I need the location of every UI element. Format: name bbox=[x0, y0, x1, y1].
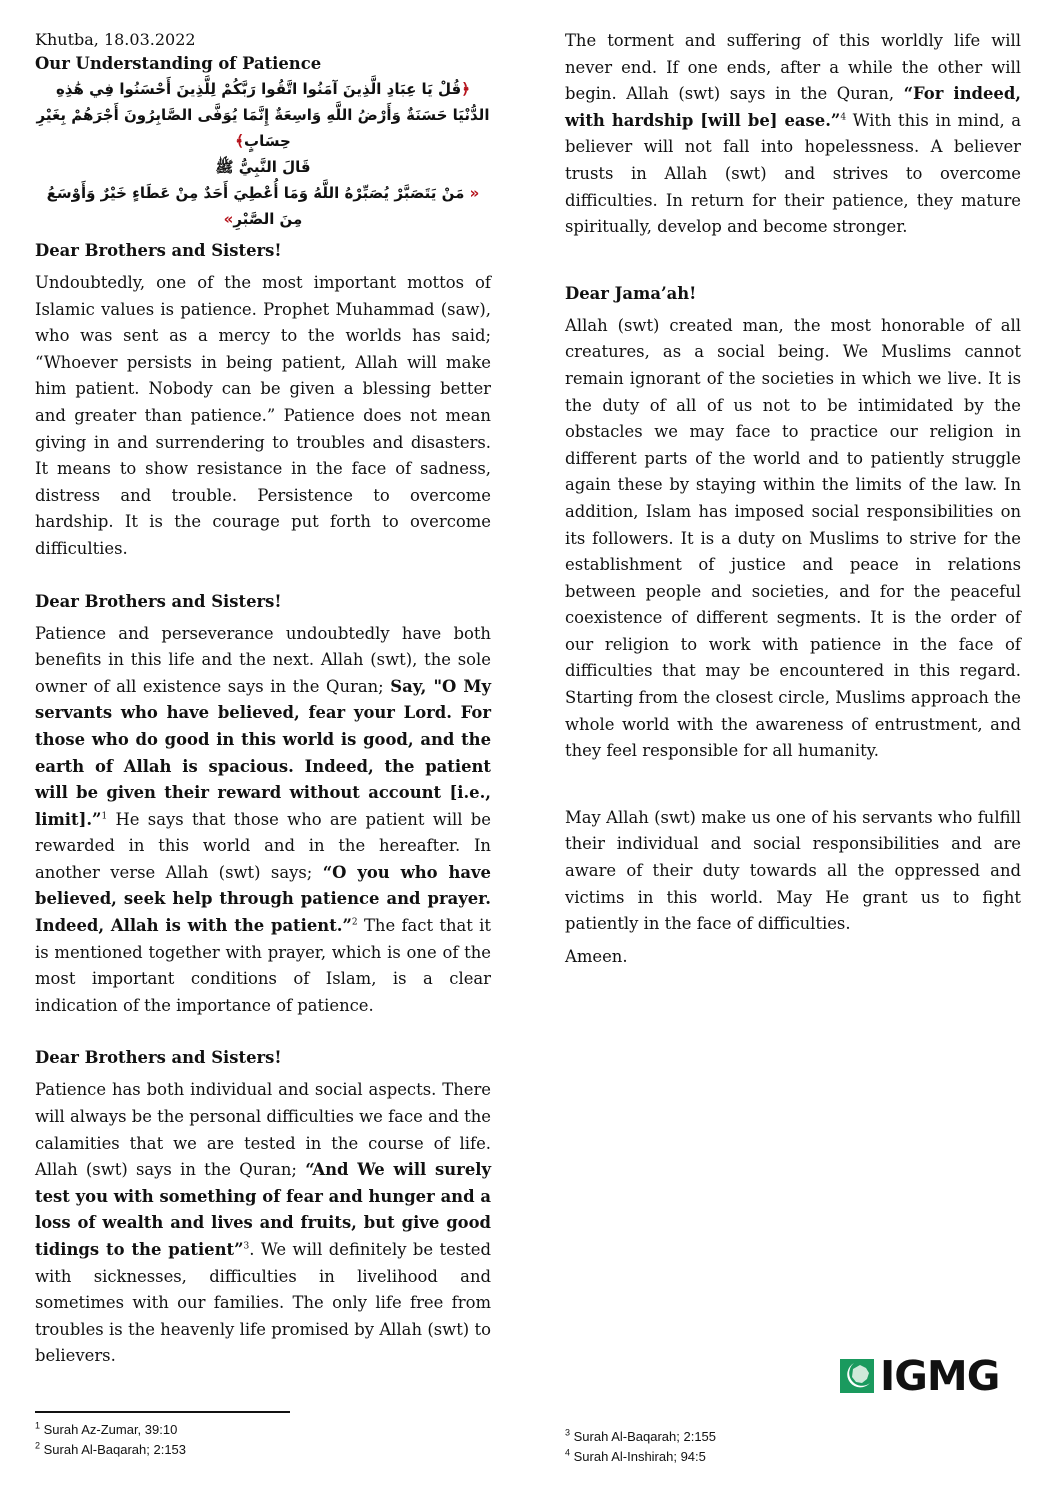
section-paragraph-4: Allah (swt) created man, the most honora… bbox=[565, 313, 1021, 765]
hadith-text: مَنْ يَتَصَبَّرْ يُصَبِّرْهُ اللَّهُ وَم… bbox=[47, 184, 465, 228]
section-heading-2: Dear Brothers and Sisters! bbox=[35, 589, 491, 615]
footnote-1: 1 Surah Az-Zumar, 39:10 bbox=[35, 1420, 186, 1440]
section-heading-1: Dear Brothers and Sisters! bbox=[35, 238, 491, 264]
closing-prayer: May Allah (swt) make us one of his serva… bbox=[565, 805, 1021, 938]
quran-quote: Say, "O My servants who have believed, f… bbox=[35, 677, 491, 829]
crescent-map-icon bbox=[840, 1359, 874, 1393]
verse-text: قُلْ يَا عِبَادِ الَّذِينَ آمَنُوا اتَّق… bbox=[37, 80, 490, 150]
arabic-hadith: « مَنْ يَتَصَبَّرْ يُصَبِّرْهُ اللَّهُ و… bbox=[35, 180, 491, 232]
khutba-date: Khutba, 18.03.2022 bbox=[35, 28, 491, 52]
continuation-paragraph: The torment and suffering of this worldl… bbox=[565, 28, 1021, 241]
footnote-text: Surah Al-Baqarah; 2:155 bbox=[570, 1429, 716, 1444]
right-column: The torment and suffering of this worldl… bbox=[565, 28, 1021, 970]
footnote-3: 3 Surah Al-Baqarah; 2:155 bbox=[565, 1427, 716, 1447]
verse-close-bracket: ﴾ bbox=[235, 132, 244, 150]
section-paragraph-3: Patience has both individual and social … bbox=[35, 1077, 491, 1370]
igmg-logo: IGMG bbox=[840, 1356, 999, 1396]
footnote-4: 4 Surah Al-Inshirah; 94:5 bbox=[565, 1447, 716, 1467]
arabic-verse-block: ﴿قُلْ يَا عِبَادِ الَّذِينَ آمَنُوا اتَّ… bbox=[35, 76, 491, 232]
footnote-2: 2 Surah Al-Baqarah; 2:153 bbox=[35, 1440, 186, 1460]
footnote-divider bbox=[35, 1411, 290, 1413]
prophet-said-line: قَالَ النَّبِيُّ ﷺ bbox=[35, 154, 491, 180]
section-heading-3: Dear Brothers and Sisters! bbox=[35, 1045, 491, 1071]
hadith-open-quote: « bbox=[470, 184, 480, 202]
footnotes-right: 3 Surah Al-Baqarah; 2:155 4 Surah Al-Ins… bbox=[565, 1427, 716, 1467]
arabic-verse: ﴿قُلْ يَا عِبَادِ الَّذِينَ آمَنُوا اتَّ… bbox=[35, 76, 491, 154]
verse-open-bracket: ﴿ bbox=[461, 80, 470, 98]
section-paragraph-2: Patience and perseverance undoubtedly ha… bbox=[35, 621, 491, 1020]
ameen: Ameen. bbox=[565, 944, 1021, 971]
footnote-text: Surah Al-Baqarah; 2:153 bbox=[40, 1442, 186, 1457]
logo-text: IGMG bbox=[880, 1356, 999, 1396]
left-column: Khutba, 18.03.2022 Our Understanding of … bbox=[35, 28, 491, 1370]
section-paragraph-1: Undoubtedly, one of the most important m… bbox=[35, 270, 491, 563]
footnotes-left: 1 Surah Az-Zumar, 39:10 2 Surah Al-Baqar… bbox=[35, 1420, 186, 1460]
hadith-close-quote: » bbox=[224, 210, 234, 228]
footnote-text: Surah Az-Zumar, 39:10 bbox=[40, 1422, 177, 1437]
footnote-text: Surah Al-Inshirah; 94:5 bbox=[570, 1449, 706, 1464]
page-title: Our Understanding of Patience bbox=[35, 52, 491, 76]
section-heading-4: Dear Jama’ah! bbox=[565, 281, 1021, 307]
